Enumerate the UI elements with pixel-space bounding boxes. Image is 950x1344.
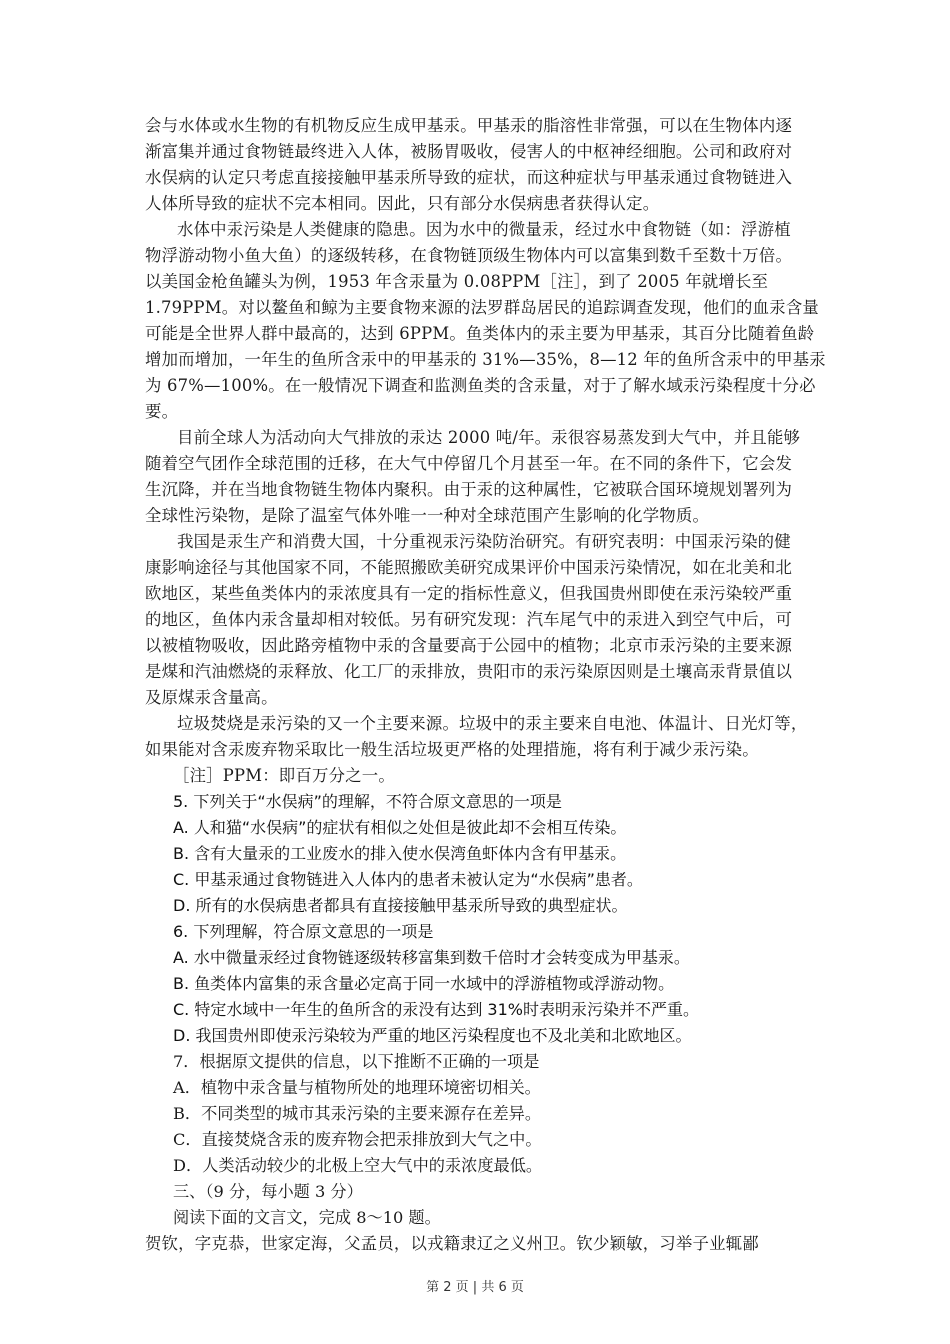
option-b: B. 鱼类体内富集的汞含量必定高于同一水域中的浮游植物或浮游动物。 — [145, 971, 810, 997]
text-line: 人体所导致的症状不完本相同。因此，只有部分水俣病患者获得认定。 — [145, 191, 810, 217]
text-line: 增加而增加，一年生的鱼所含汞中的甲基汞的 31%—35%，8—12 年的鱼所含汞… — [145, 347, 810, 373]
text-line: 的地区，鱼体内汞含量却相对较低。另有研究发现：汽车尾气中的汞进入到空气中后，可 — [145, 607, 810, 633]
page-footer: 第 2 页 | 共 6 页 — [0, 1276, 950, 1295]
option-b: B．不同类型的城市其汞污染的主要来源存在差异。 — [145, 1101, 810, 1127]
text-line: 渐富集并通过食物链最终进入人体，被肠胃吸收，侵害人的中枢神经细胞。公司和政府对 — [145, 139, 810, 165]
option-a: A．植物中汞含量与植物所处的地理环境密切相关。 — [145, 1075, 810, 1101]
paragraph-1: 会与水体或水生物的有机物反应生成甲基汞。甲基汞的脂溶性非常强，可以在生物体内逐 … — [145, 113, 810, 217]
text-line: 水体中汞污染是人类健康的隐患。因为水中的微量汞，经过水中食物链（如：浮游植 — [145, 217, 810, 243]
paragraph-5: 垃圾焚烧是汞污染的又一个主要来源。垃圾中的汞主要来自电池、体温计、日光灯等， 如… — [145, 711, 810, 763]
question-stem: 6. 下列理解，符合原文意思的一项是 — [145, 919, 810, 945]
text-line: 生沉降，并在当地食物链生物体内聚积。由于汞的这种属性，它被联合国环境规划署列为 — [145, 477, 810, 503]
document-page: 会与水体或水生物的有机物反应生成甲基汞。甲基汞的脂溶性非常强，可以在生物体内逐 … — [145, 113, 810, 1257]
text-line: 随着空气团作全球范围的迁移，在大气中停留几个月甚至一年。在不同的条件下，它会发 — [145, 451, 810, 477]
text-line: 水俣病的认定只考虑直接接触甲基汞所导致的症状，而这种症状与甲基汞通过食物链进入 — [145, 165, 810, 191]
text-line: 为 67%—100%。在一般情况下调查和监测鱼类的含汞量，对于了解水域汞污染程度… — [145, 373, 810, 399]
page-number: 第 2 页 | 共 6 页 — [426, 1280, 524, 1295]
text-line: 要。 — [145, 399, 810, 425]
text-line: 会与水体或水生物的有机物反应生成甲基汞。甲基汞的脂溶性非常强，可以在生物体内逐 — [145, 113, 810, 139]
text-line: 如果能对含汞废弃物采取比一般生活垃圾更严格的处理措施，将有利于减少汞污染。 — [145, 737, 810, 763]
text-line: 欧地区，某些鱼类体内的汞浓度具有一定的指标性意义，但我国贵州即使在汞污染较严重 — [145, 581, 810, 607]
paragraph-4: 我国是汞生产和消费大国，十分重视汞污染防治研究。有研究表明：中国汞污染的健 康影… — [145, 529, 810, 711]
text-line: 可能是全世界人群中最高的，达到 6PPM。鱼类体内的汞主要为甲基汞，其百分比随着… — [145, 321, 810, 347]
section-3: 三、（9 分，每小题 3 分） 阅读下面的文言文，完成 8～10 题。 贺钦，字… — [145, 1179, 810, 1257]
section-heading: 三、（9 分，每小题 3 分） — [145, 1179, 810, 1205]
question-5: 5. 下列关于“水俣病”的理解，不符合原文意思的一项是 A. 人和猫“水俣病”的… — [145, 789, 810, 919]
text-line: 是煤和汽油燃烧的汞释放、化工厂的汞排放，贵阳市的汞污染原因则是土壤高汞背景值以 — [145, 659, 810, 685]
option-c: C. 甲基汞通过食物链进入人体内的患者未被认定为“水俣病”患者。 — [145, 867, 810, 893]
option-d: D. 我国贵州即使汞污染较为严重的地区污染程度也不及北美和北欧地区。 — [145, 1023, 810, 1049]
text-line: 以美国金枪鱼罐头为例，1953 年含汞量为 0.08PPM［注］，到了 2005… — [145, 269, 810, 295]
question-7: 7．根据原文提供的信息，以下推断不正确的一项是 A．植物中汞含量与植物所处的地理… — [145, 1049, 810, 1179]
section-instruction: 阅读下面的文言文，完成 8～10 题。 — [145, 1205, 810, 1231]
text-line: 目前全球人为活动向大气排放的汞达 2000 吨/年。汞很容易蒸发到大气中，并且能… — [145, 425, 810, 451]
text-line: 全球性污染物，是除了温室气体外唯一一种对全球范围产生影响的化学物质。 — [145, 503, 810, 529]
paragraph-3: 目前全球人为活动向大气排放的汞达 2000 吨/年。汞很容易蒸发到大气中，并且能… — [145, 425, 810, 529]
option-d: D. 所有的水俣病患者都具有直接接触甲基汞所导致的典型症状。 — [145, 893, 810, 919]
question-stem: 7．根据原文提供的信息，以下推断不正确的一项是 — [145, 1049, 810, 1075]
option-d: D．人类活动较少的北极上空大气中的汞浓度最低。 — [145, 1153, 810, 1179]
option-c: C. 特定水域中一年生的鱼所含的汞没有达到 31%时表明汞污染并不严重。 — [145, 997, 810, 1023]
text-line: 1.79PPM。对以鳌鱼和鲸为主要食物来源的法罗群岛居民的追踪调查发现，他们的血… — [145, 295, 810, 321]
option-a: A. 人和猫“水俣病”的症状有相似之处但是彼此却不会相互传染。 — [145, 815, 810, 841]
footnote: ［注］PPM：即百万分之一。 — [145, 763, 810, 789]
text-line: 垃圾焚烧是汞污染的又一个主要来源。垃圾中的汞主要来自电池、体温计、日光灯等， — [145, 711, 810, 737]
paragraph-2: 水体中汞污染是人类健康的隐患。因为水中的微量汞，经过水中食物链（如：浮游植 物浮… — [145, 217, 810, 425]
question-6: 6. 下列理解，符合原文意思的一项是 A. 水中微量汞经过食物链逐级转移富集到数… — [145, 919, 810, 1049]
text-line: 物浮游动物小鱼大鱼）的逐级转移，在食物链顶级生物体内可以富集到数千至数十万倍。 — [145, 243, 810, 269]
question-stem: 5. 下列关于“水俣病”的理解，不符合原文意思的一项是 — [145, 789, 810, 815]
text-line: 我国是汞生产和消费大国，十分重视汞污染防治研究。有研究表明：中国汞污染的健 — [145, 529, 810, 555]
text-line: 康影响途径与其他国家不同，不能照搬欧美研究成果评价中国汞污染情况，如在北美和北 — [145, 555, 810, 581]
classical-text-line: 贺钦，字克恭，世家定海，父孟员，以戎籍隶辽之义州卫。钦少颖敏，习举子业辄鄙 — [145, 1231, 810, 1257]
option-b: B. 含有大量汞的工业废水的排入使水俣湾鱼虾体内含有甲基汞。 — [145, 841, 810, 867]
option-a: A. 水中微量汞经过食物链逐级转移富集到数千倍时才会转变成为甲基汞。 — [145, 945, 810, 971]
text-line: 以被植物吸收，因此路旁植物中汞的含量要高于公园中的植物；北京市汞污染的主要来源 — [145, 633, 810, 659]
text-line: 及原煤汞含量高。 — [145, 685, 810, 711]
option-c: C．直接焚烧含汞的废弃物会把汞排放到大气之中。 — [145, 1127, 810, 1153]
